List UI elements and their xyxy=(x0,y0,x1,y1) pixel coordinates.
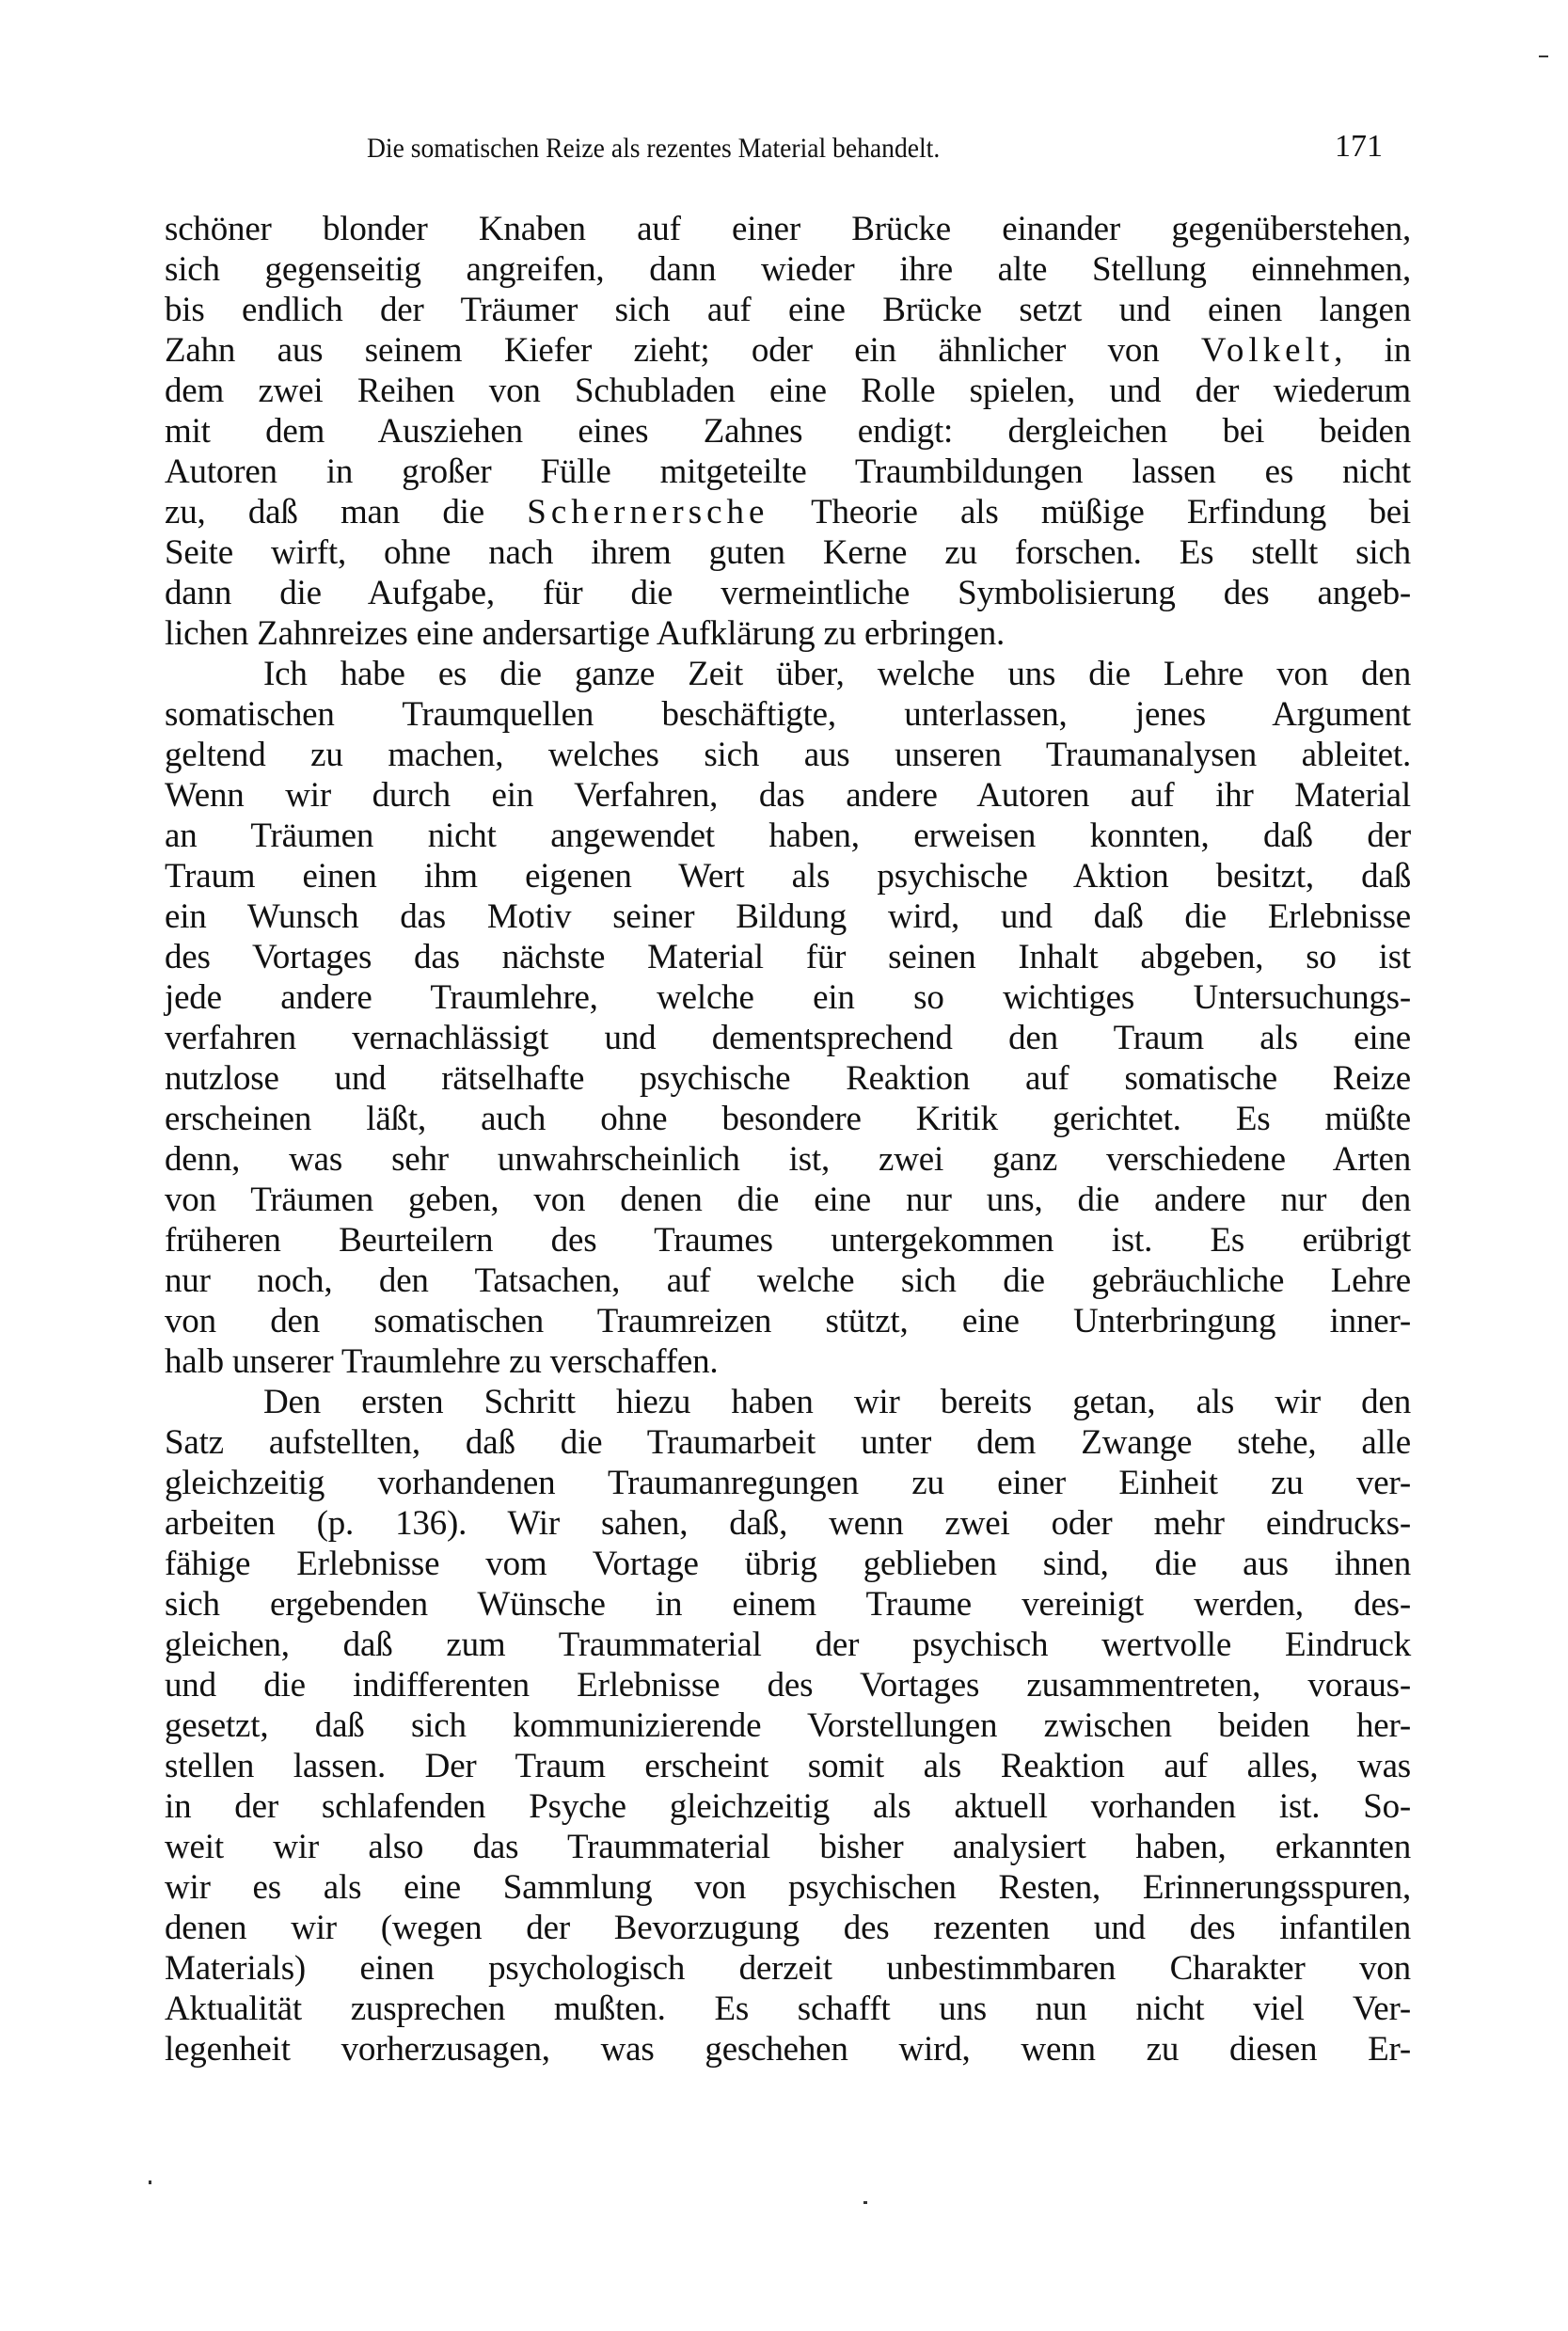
scan-artifact-dot xyxy=(863,2201,867,2204)
text-line: zu, daß man die Schernersche Theorie als… xyxy=(165,492,1411,532)
text-line: Seite wirft, ohne nach ihrem guten Kerne… xyxy=(165,532,1411,573)
author-name-volkelt: Volkelt xyxy=(1201,331,1334,370)
text-line: Aktualität zusprechen mußten. Es schafft… xyxy=(165,1989,1411,2029)
running-title: Die somatischen Reize als rezentes Mater… xyxy=(367,130,940,167)
text-line: an Träumen nicht angewendet haben, erwei… xyxy=(165,816,1411,856)
text-line: verfahren vernachlässigt und dementsprec… xyxy=(165,1018,1411,1058)
text-line-paragraph-end: halb unserer Traumlehre zu verschaffen. xyxy=(165,1341,1411,1382)
text-line: weit wir also das Traummaterial bisher a… xyxy=(165,1827,1411,1867)
book-page: Die somatischen Reize als rezentes Mater… xyxy=(0,0,1568,2331)
text-line: dem zwei Reihen von Schubladen eine Roll… xyxy=(165,371,1411,411)
text-line-paragraph-start: Ich habe es die ganze Zeit über, welche … xyxy=(165,654,1411,694)
text-line: denn, was sehr unwahrscheinlich ist, zwe… xyxy=(165,1139,1411,1180)
text-line: denen wir (wegen der Bevorzugung des rez… xyxy=(165,1908,1411,1948)
text-line: gesetzt, daß sich kommunizierende Vorste… xyxy=(165,1705,1411,1746)
text-line: mit dem Ausziehen eines Zahnes endigt: d… xyxy=(165,411,1411,452)
text-line: Zahn aus seinem Kiefer zieht; oder ein ä… xyxy=(165,330,1411,371)
scan-artifact-mark xyxy=(1539,55,1548,57)
text-line: in der schlafenden Psyche gleichzeitig a… xyxy=(165,1786,1411,1827)
text-line: von den somatischen Traumreizen stützt, … xyxy=(165,1301,1411,1341)
text-line: und die indifferenten Erlebnisse des Vor… xyxy=(165,1665,1411,1705)
text-line: legenheit vorherzusagen, was geschehen w… xyxy=(165,2029,1411,2069)
text-line: nur noch, den Tatsachen, auf welche sich… xyxy=(165,1261,1411,1301)
text-line: sich ergebenden Wünsche in einem Traume … xyxy=(165,1584,1411,1625)
scan-artifact-dot xyxy=(149,2180,151,2184)
text-line: von Träumen geben, von denen die eine nu… xyxy=(165,1180,1411,1220)
text-line: fähige Erlebnisse vom Vortage übrig gebl… xyxy=(165,1544,1411,1584)
text-line: gleichzeitig vorhandenen Traumanregungen… xyxy=(165,1463,1411,1503)
text-line: nutzlose und rätselhafte psychische Reak… xyxy=(165,1058,1411,1099)
text-line: gleichen, daß zum Traummaterial der psyc… xyxy=(165,1625,1411,1665)
text-line: somatischen Traumquellen beschäftigte, u… xyxy=(165,694,1411,735)
body-text: schöner blonder Knaben auf einer Brücke … xyxy=(165,209,1411,2069)
text-line: sich gegenseitig angreifen, dann wieder … xyxy=(165,249,1411,290)
text-line: erscheinen läßt, auch ohne besondere Kri… xyxy=(165,1099,1411,1139)
text-line: Materials) einen psychologisch derzeit u… xyxy=(165,1948,1411,1989)
text-line: schöner blonder Knaben auf einer Brücke … xyxy=(165,209,1411,249)
author-name-scherner: Schernersche xyxy=(527,493,768,531)
text-line: jede andere Traumlehre, welche ein so wi… xyxy=(165,977,1411,1018)
text-line-paragraph-start: Den ersten Schritt hiezu haben wir berei… xyxy=(165,1382,1411,1422)
text-line: stellen lassen. Der Traum erscheint somi… xyxy=(165,1746,1411,1786)
running-header: Die somatischen Reize als rezentes Mater… xyxy=(165,130,1411,167)
text-line: arbeiten (p. 136). Wir sahen, daß, wenn … xyxy=(165,1503,1411,1544)
text-line: des Vortages das nächste Material für se… xyxy=(165,937,1411,977)
text-line: geltend zu machen, welches sich aus unse… xyxy=(165,735,1411,775)
text-line: Traum einen ihm eigenen Wert als psychis… xyxy=(165,856,1411,896)
text-line: Wenn wir durch ein Verfahren, das andere… xyxy=(165,775,1411,816)
text-line: Satz aufstellten, daß die Traumarbeit un… xyxy=(165,1422,1411,1463)
text-line: früheren Beurteilern des Traumes unterge… xyxy=(165,1220,1411,1261)
text-line: wir es als eine Sammlung von psychischen… xyxy=(165,1867,1411,1908)
text-line: bis endlich der Träumer sich auf eine Br… xyxy=(165,290,1411,330)
text-line: dann die Aufgabe, für die vermeintliche … xyxy=(165,573,1411,613)
text-line: Autoren in großer Fülle mitgeteilte Trau… xyxy=(165,452,1411,492)
text-line: ein Wunsch das Motiv seiner Bildung wird… xyxy=(165,896,1411,937)
text-line-paragraph-end: lichen Zahnreizes eine andersartige Aufk… xyxy=(165,613,1411,654)
page-number: 171 xyxy=(1335,128,1383,166)
